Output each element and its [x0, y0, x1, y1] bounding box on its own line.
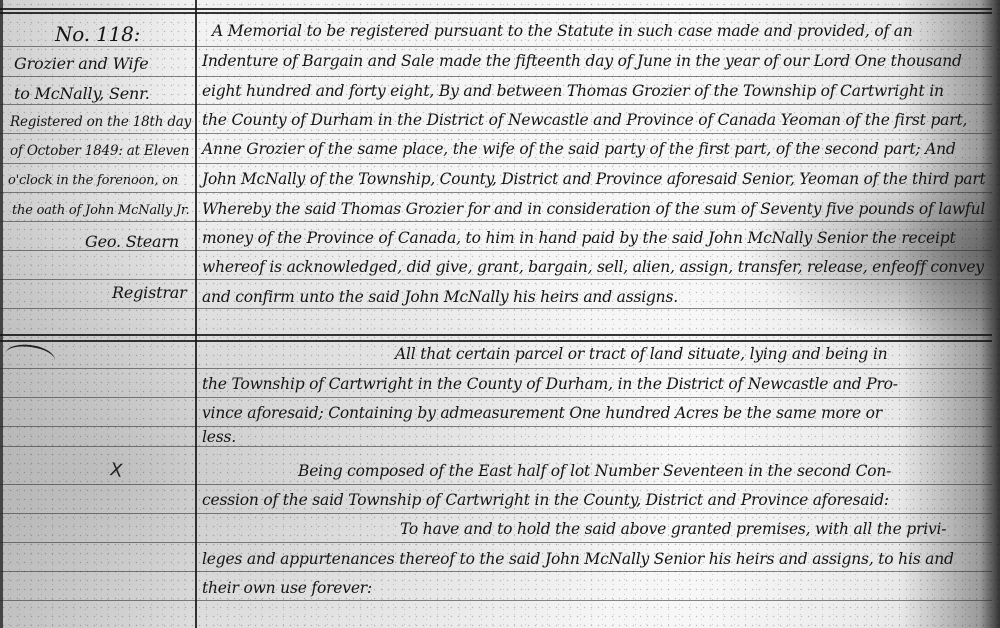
- top-rule: [0, 8, 992, 10]
- ruled-line: [0, 46, 992, 47]
- margin-line: of October 1849: at Eleven: [10, 143, 189, 159]
- text-line: To have and to hold the said above grant…: [400, 520, 946, 538]
- ruled-line: [0, 104, 992, 105]
- text-line: A Memorial to be registered pursuant to …: [212, 22, 913, 40]
- ruled-line: [0, 513, 992, 514]
- margin-rule: [195, 0, 197, 628]
- section-rule-double: [0, 340, 992, 342]
- text-line: John McNally of the Township, County, Di…: [202, 170, 985, 188]
- text-line: and confirm unto the said John McNally h…: [202, 288, 678, 306]
- ruled-line: [0, 397, 992, 398]
- ruled-line: [0, 484, 992, 485]
- ruled-line: [0, 446, 992, 447]
- ruled-line: [0, 308, 992, 309]
- margin-line: Grozier and Wife: [14, 54, 148, 73]
- text-line: eight hundred and forty eight, By and be…: [202, 82, 944, 100]
- text-line: leges and appurtenances thereof to the s…: [202, 550, 954, 568]
- margin-line: the oath of John McNally Jr.: [12, 203, 189, 218]
- ruled-line: [0, 571, 992, 572]
- document-page: No. 118: Grozier and Wife to McNally, Se…: [0, 0, 1000, 628]
- text-line: whereof is acknowledged, did give, grant…: [202, 258, 984, 276]
- ruled-line: [0, 426, 992, 427]
- text-line: vince aforesaid; Containing by admeasure…: [202, 404, 882, 422]
- text-line: Anne Grozier of the same place, the wife…: [202, 140, 956, 158]
- ruled-line: [0, 279, 992, 280]
- text-line: cession of the said Township of Cartwrig…: [202, 491, 889, 509]
- margin-line: o'clock in the forenoon, on: [8, 173, 178, 188]
- ruled-line: [0, 133, 992, 134]
- ruled-line: [0, 221, 992, 222]
- text-line: the Township of Cartwright in the County…: [202, 375, 898, 393]
- ruled-line: [0, 163, 992, 164]
- text-line: Being composed of the East half of lot N…: [298, 462, 891, 480]
- page-edge: [0, 0, 3, 628]
- text-line: the County of Durham in the District of …: [202, 111, 967, 129]
- entry-number: No. 118:: [55, 22, 140, 46]
- ruled-line: [0, 192, 992, 193]
- text-line: All that certain parcel or tract of land…: [395, 345, 887, 363]
- text-line: less.: [202, 428, 236, 446]
- section-rule: [0, 334, 992, 336]
- registrar-name: Geo. Stearn: [85, 232, 179, 251]
- text-line: Indenture of Bargain and Sale made the f…: [202, 52, 962, 70]
- ruled-line: [0, 542, 992, 543]
- text-line: money of the Province of Canada, to him …: [202, 229, 955, 247]
- top-rule-double: [0, 12, 992, 14]
- ruled-line: [0, 600, 992, 601]
- margin-mark: X: [108, 459, 124, 482]
- margin-line: to McNally, Senr.: [14, 84, 150, 103]
- ruled-line: [0, 76, 992, 77]
- registrar-title: Registrar: [112, 283, 187, 302]
- text-line: Whereby the said Thomas Grozier for and …: [202, 200, 985, 218]
- text-line: their own use forever:: [202, 579, 372, 597]
- ruled-line: [0, 368, 992, 369]
- margin-line: Registered on the 18th day: [10, 114, 191, 130]
